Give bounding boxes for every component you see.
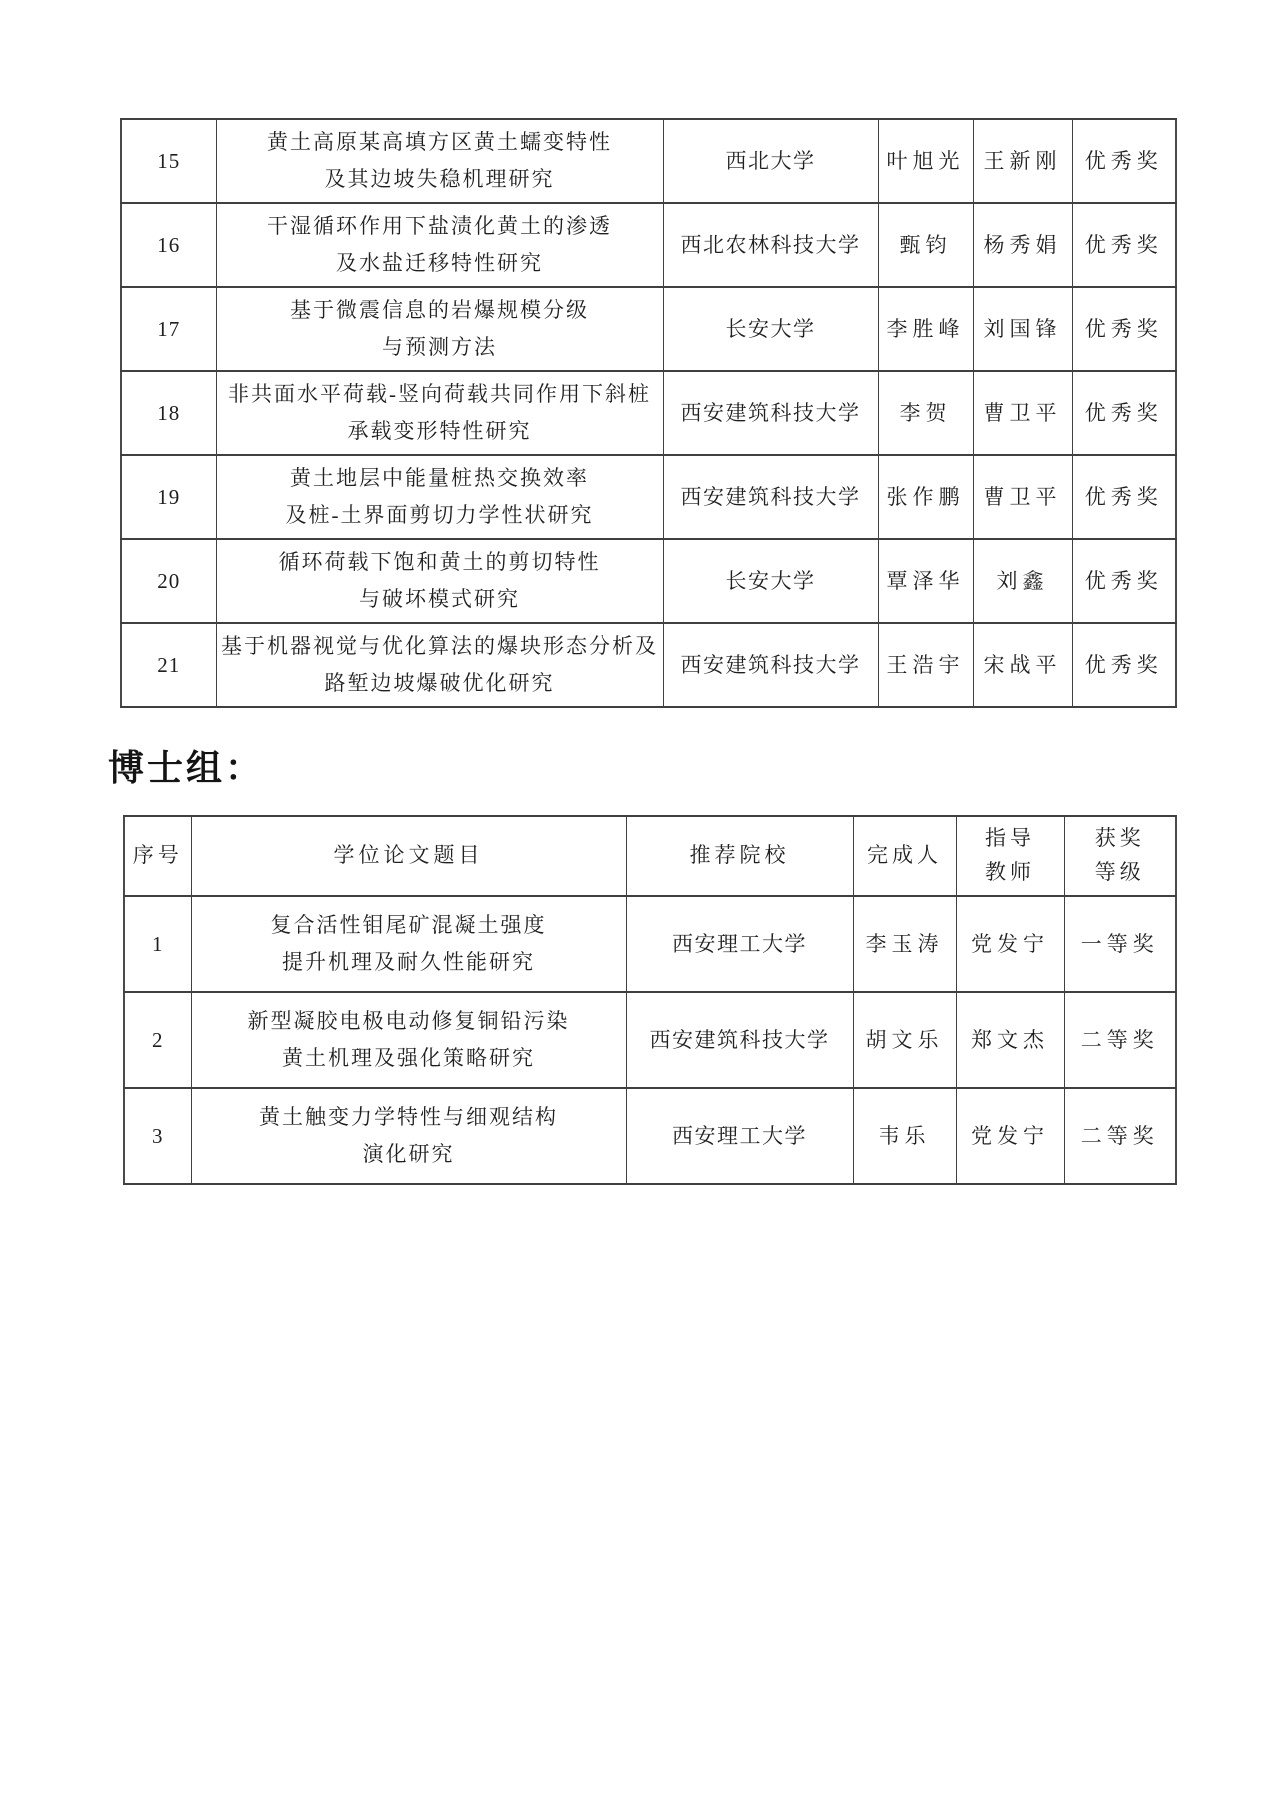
thesis-title-cell: 基于微震信息的岩爆规模分级 与预测方法 [216, 287, 663, 371]
row-number-cell: 1 [124, 896, 191, 992]
university-cell: 西北大学 [663, 119, 878, 203]
row-number-cell: 2 [124, 992, 191, 1088]
author-cell: 王浩宇 [878, 623, 973, 707]
advisor-cell: 党发宁 [956, 896, 1064, 992]
masters-awards-table: 15 黄土高原某高填方区黄土蠕变特性 及其边坡失稳机理研究 西北大学 叶旭光 王… [120, 118, 1177, 708]
award-cell: 优秀奖 [1072, 371, 1176, 455]
table-row: 19 黄土地层中能量桩热交换效率 及桩-土界面剪切力学性状研究 西安建筑科技大学… [121, 455, 1176, 539]
row-number-cell: 15 [121, 119, 216, 203]
advisor-cell: 王新刚 [973, 119, 1072, 203]
advisor-cell: 曹卫平 [973, 371, 1072, 455]
award-cell: 优秀奖 [1072, 623, 1176, 707]
university-cell: 长安大学 [663, 287, 878, 371]
university-cell: 西北农林科技大学 [663, 203, 878, 287]
table-row: 16 干湿循环作用下盐渍化黄土的渗透 及水盐迁移特性研究 西北农林科技大学 甄钧… [121, 203, 1176, 287]
row-number-cell: 16 [121, 203, 216, 287]
author-cell: 李胜峰 [878, 287, 973, 371]
row-number-cell: 19 [121, 455, 216, 539]
author-cell: 覃泽华 [878, 539, 973, 623]
table-row: 20 循环荷载下饱和黄土的剪切特性 与破坏模式研究 长安大学 覃泽华 刘鑫 优秀… [121, 539, 1176, 623]
advisor-cell: 杨秀娟 [973, 203, 1072, 287]
thesis-title-cell: 基于机器视觉与优化算法的爆块形态分析及 路堑边坡爆破优化研究 [216, 623, 663, 707]
author-cell: 胡文乐 [853, 992, 956, 1088]
university-cell: 西安建筑科技大学 [663, 623, 878, 707]
award-cell: 二等奖 [1064, 1088, 1176, 1184]
table-row: 21 基于机器视觉与优化算法的爆块形态分析及 路堑边坡爆破优化研究 西安建筑科技… [121, 623, 1176, 707]
author-cell: 韦乐 [853, 1088, 956, 1184]
advisor-cell: 刘鑫 [973, 539, 1072, 623]
award-cell: 优秀奖 [1072, 455, 1176, 539]
advisor-cell: 刘国锋 [973, 287, 1072, 371]
university-cell: 西安理工大学 [626, 1088, 853, 1184]
header-row-number: 序号 [124, 816, 191, 896]
university-cell: 西安建筑科技大学 [663, 455, 878, 539]
advisor-cell: 曹卫平 [973, 455, 1072, 539]
row-number-cell: 3 [124, 1088, 191, 1184]
award-cell: 优秀奖 [1072, 119, 1176, 203]
author-cell: 叶旭光 [878, 119, 973, 203]
advisor-cell: 宋战平 [973, 623, 1072, 707]
author-cell: 张作鹏 [878, 455, 973, 539]
thesis-title-cell: 非共面水平荷载-竖向荷载共同作用下斜桩 承载变形特性研究 [216, 371, 663, 455]
row-number-cell: 17 [121, 287, 216, 371]
table-row: 3 黄土触变力学特性与细观结构 演化研究 西安理工大学 韦乐 党发宁 二等奖 [124, 1088, 1176, 1184]
document-page: 15 黄土高原某高填方区黄土蠕变特性 及其边坡失稳机理研究 西北大学 叶旭光 王… [0, 0, 1280, 1810]
university-cell: 西安建筑科技大学 [663, 371, 878, 455]
row-number-cell: 21 [121, 623, 216, 707]
thesis-title-cell: 黄土地层中能量桩热交换效率 及桩-土界面剪切力学性状研究 [216, 455, 663, 539]
header-author: 完成人 [853, 816, 956, 896]
author-cell: 李玉涛 [853, 896, 956, 992]
doctoral-awards-table: 序号 学位论文题目 推荐院校 完成人 指导 教师 获奖 等级 1 复合活性钼尾矿… [123, 815, 1177, 1185]
university-cell: 西安建筑科技大学 [626, 992, 853, 1088]
row-number-cell: 18 [121, 371, 216, 455]
header-award: 获奖 等级 [1064, 816, 1176, 896]
thesis-title-cell: 复合活性钼尾矿混凝土强度 提升机理及耐久性能研究 [191, 896, 626, 992]
table-row: 2 新型凝胶电极电动修复铜铅污染 黄土机理及强化策略研究 西安建筑科技大学 胡文… [124, 992, 1176, 1088]
row-number-cell: 20 [121, 539, 216, 623]
award-cell: 二等奖 [1064, 992, 1176, 1088]
thesis-title-cell: 黄土触变力学特性与细观结构 演化研究 [191, 1088, 626, 1184]
university-cell: 长安大学 [663, 539, 878, 623]
doctoral-group-heading: 博士组： [108, 740, 264, 791]
award-cell: 优秀奖 [1072, 287, 1176, 371]
university-cell: 西安理工大学 [626, 896, 853, 992]
advisor-cell: 党发宁 [956, 1088, 1064, 1184]
table-row: 15 黄土高原某高填方区黄土蠕变特性 及其边坡失稳机理研究 西北大学 叶旭光 王… [121, 119, 1176, 203]
table-header-row: 序号 学位论文题目 推荐院校 完成人 指导 教师 获奖 等级 [124, 816, 1176, 896]
thesis-title-cell: 干湿循环作用下盐渍化黄土的渗透 及水盐迁移特性研究 [216, 203, 663, 287]
thesis-title-cell: 黄土高原某高填方区黄土蠕变特性 及其边坡失稳机理研究 [216, 119, 663, 203]
thesis-title-cell: 新型凝胶电极电动修复铜铅污染 黄土机理及强化策略研究 [191, 992, 626, 1088]
author-cell: 李贺 [878, 371, 973, 455]
advisor-cell: 郑文杰 [956, 992, 1064, 1088]
award-cell: 优秀奖 [1072, 203, 1176, 287]
award-cell: 一等奖 [1064, 896, 1176, 992]
table-row: 17 基于微震信息的岩爆规模分级 与预测方法 长安大学 李胜峰 刘国锋 优秀奖 [121, 287, 1176, 371]
table-row: 18 非共面水平荷载-竖向荷载共同作用下斜桩 承载变形特性研究 西安建筑科技大学… [121, 371, 1176, 455]
award-cell: 优秀奖 [1072, 539, 1176, 623]
author-cell: 甄钧 [878, 203, 973, 287]
table-row: 1 复合活性钼尾矿混凝土强度 提升机理及耐久性能研究 西安理工大学 李玉涛 党发… [124, 896, 1176, 992]
header-advisor: 指导 教师 [956, 816, 1064, 896]
thesis-title-cell: 循环荷载下饱和黄土的剪切特性 与破坏模式研究 [216, 539, 663, 623]
header-thesis-title: 学位论文题目 [191, 816, 626, 896]
header-university: 推荐院校 [626, 816, 853, 896]
